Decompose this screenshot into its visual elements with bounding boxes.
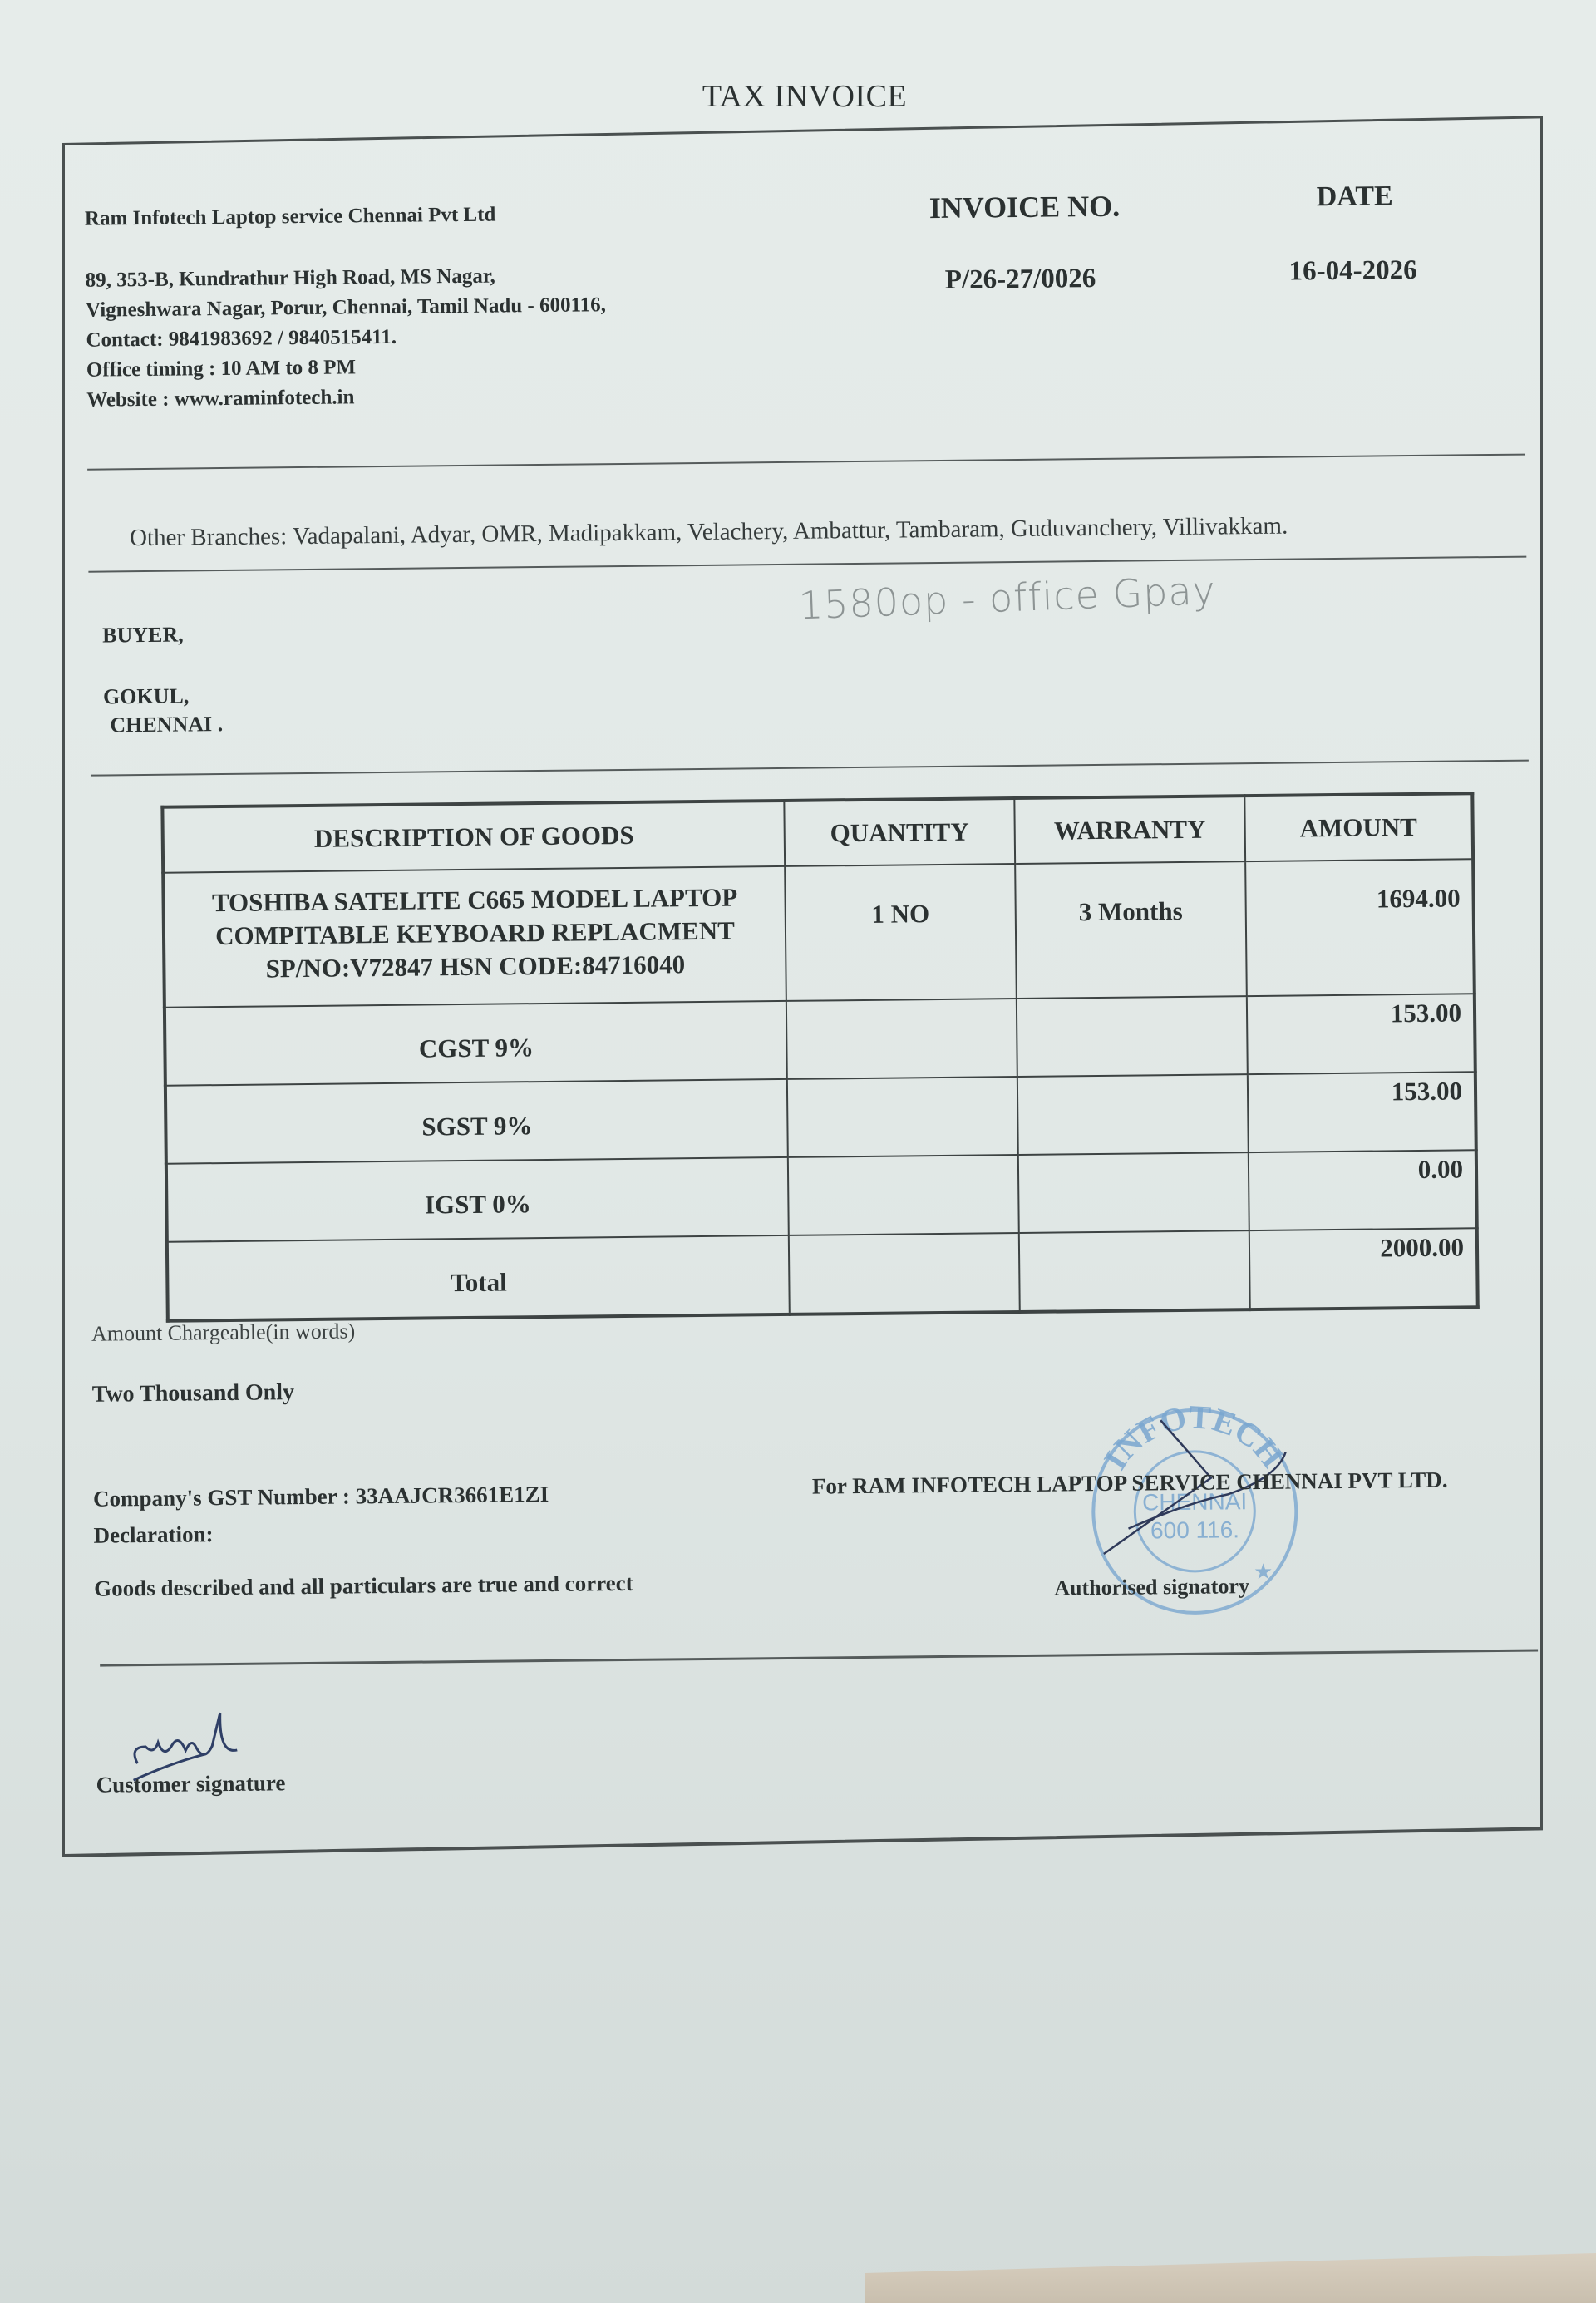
address-line: Vigneshwara Nagar, Porur, Chennai, Tamil… [86,290,606,326]
buyer-label: BUYER, [102,623,184,648]
buyer-name: GOKUL, [103,682,223,712]
invoice-date: 16-04-2026 [1289,255,1417,288]
table-row: TOSHIBA SATELITE C665 MODEL LAPTOP COMPI… [163,859,1475,1007]
handwritten-note: 1580op - office Gpay [798,568,1217,628]
tax-amount: 153.00 [1248,1072,1476,1152]
invoice-number-label: INVOICE NO. [929,189,1121,225]
divider [100,1650,1538,1667]
gst-number: Company's GST Number : 33AAJCR3661E1ZI [93,1482,549,1512]
svg-text:600 116.: 600 116. [1150,1516,1239,1543]
item-quantity: 1 NO [785,864,1017,1001]
tax-amount: 153.00 [1247,994,1475,1074]
tax-label: IGST 0% [166,1157,789,1242]
divider [88,556,1526,573]
svg-text:INFOTECH: INFOTECH [1096,1402,1292,1476]
customer-signature-label: Customer signature [96,1770,286,1798]
table-row-igst: IGST 0% 0.00 [166,1150,1477,1241]
table-row-total: Total 2000.00 [167,1228,1478,1320]
buyer-city: CHENNAI . [103,710,223,740]
invoice-content: Ram Infotech Laptop service Chennai Pvt … [62,127,1555,1855]
header-quantity: QUANTITY [784,798,1015,866]
header-amount: AMOUNT [1244,793,1473,861]
buyer-details: GOKUL, CHENNAI . [103,682,224,740]
tax-amount: 0.00 [1249,1150,1477,1230]
amount-in-words-label: Amount Chargeable(in words) [91,1319,356,1346]
authorised-signatory-label: Authorised signatory [1054,1574,1249,1600]
item-amount: 1694.00 [1245,859,1475,996]
table-row-sgst: SGST 9% 153.00 [165,1072,1476,1163]
total-amount: 2000.00 [1249,1228,1478,1309]
other-branches: Other Branches: Vadapalani, Adyar, OMR, … [130,513,1288,553]
description-line: SP/NO:V72847 HSN CODE:84716040 [182,947,768,986]
header-description: DESCRIPTION OF GOODS [162,801,785,873]
seller-name: Ram Infotech Laptop service Chennai Pvt … [85,204,496,231]
divider [91,760,1529,777]
tax-label: SGST 9% [165,1079,788,1164]
divider [87,454,1525,471]
tax-label: CGST 9% [165,1001,787,1086]
item-description: TOSHIBA SATELITE C665 MODEL LAPTOP COMPI… [163,866,786,1008]
declaration-text: Goods described and all particulars are … [94,1571,633,1602]
item-warranty: 3 Months [1015,861,1247,999]
date-label: DATE [1317,180,1393,213]
amount-in-words: Two Thousand Only [92,1379,295,1408]
document-title: TAX INVOICE [0,78,1596,115]
header-warranty: WARRANTY [1014,796,1245,864]
total-label: Total [167,1235,790,1321]
invoice-number: P/26-27/0026 [945,264,1096,296]
table-row-cgst: CGST 9% 153.00 [165,994,1475,1085]
svg-text:★: ★ [1254,1560,1273,1584]
background-surface [864,2253,1596,2303]
declaration-label: Declaration: [93,1521,213,1549]
website-line: Website : www.raminfotech.in [86,380,607,416]
seller-address: 89, 353-B, Kundrathur High Road, MS Naga… [86,260,608,416]
for-company-label: For RAM INFOTECH LAPTOP SERVICE CHENNAI … [812,1467,1448,1500]
goods-table: DESCRIPTION OF GOODS QUANTITY WARRANTY A… [160,792,1479,1323]
